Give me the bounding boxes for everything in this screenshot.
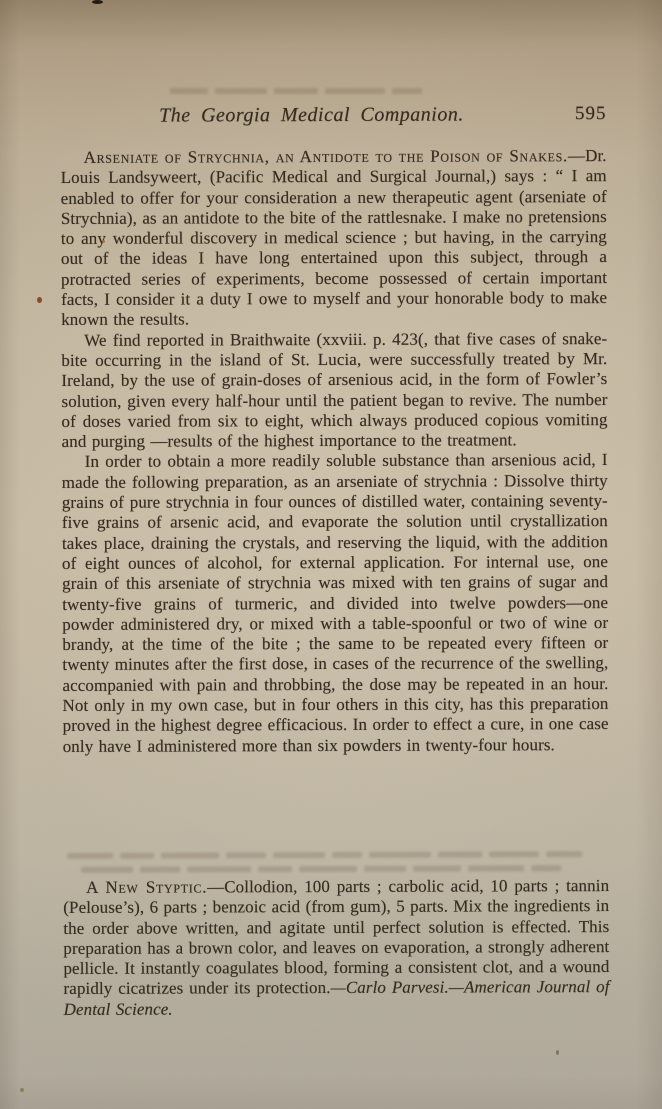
article-arseniate-of-strychnia: Arseniate of Strychnia, an Antidote to t… bbox=[61, 146, 609, 757]
running-head: The Georgia Medical Companion. 595 bbox=[60, 103, 606, 131]
scanned-book-page: The Georgia Medical Companion. 595 Arsen… bbox=[0, 0, 662, 1109]
article-new-styptic: A New Styptic.—Collodion, 100 parts ; ca… bbox=[63, 876, 609, 1020]
article-2-heading: A New Styptic. bbox=[86, 877, 207, 896]
page-number: 595 bbox=[575, 103, 607, 125]
show-through-text bbox=[67, 851, 607, 862]
running-header-title: The Georgia Medical Companion. bbox=[116, 103, 506, 127]
paragraph-1-text: —Dr. Louis Landsyweert, (Pacific Medical… bbox=[61, 146, 607, 329]
article-1-heading: Arseniate of Strychnia, an Antidote to t… bbox=[84, 146, 568, 167]
paragraph-3: In order to obtain a more readily solubl… bbox=[62, 450, 609, 756]
paragraph-2: We find reported in Braithwaite (xxviii.… bbox=[61, 329, 607, 453]
paragraph-4: A New Styptic.—Collodion, 100 parts ; ca… bbox=[63, 876, 609, 1020]
page-content: The Georgia Medical Companion. 595 Arsen… bbox=[0, 0, 662, 1109]
show-through-text bbox=[81, 865, 601, 876]
paragraph-1: Arseniate of Strychnia, an Antidote to t… bbox=[61, 146, 608, 331]
